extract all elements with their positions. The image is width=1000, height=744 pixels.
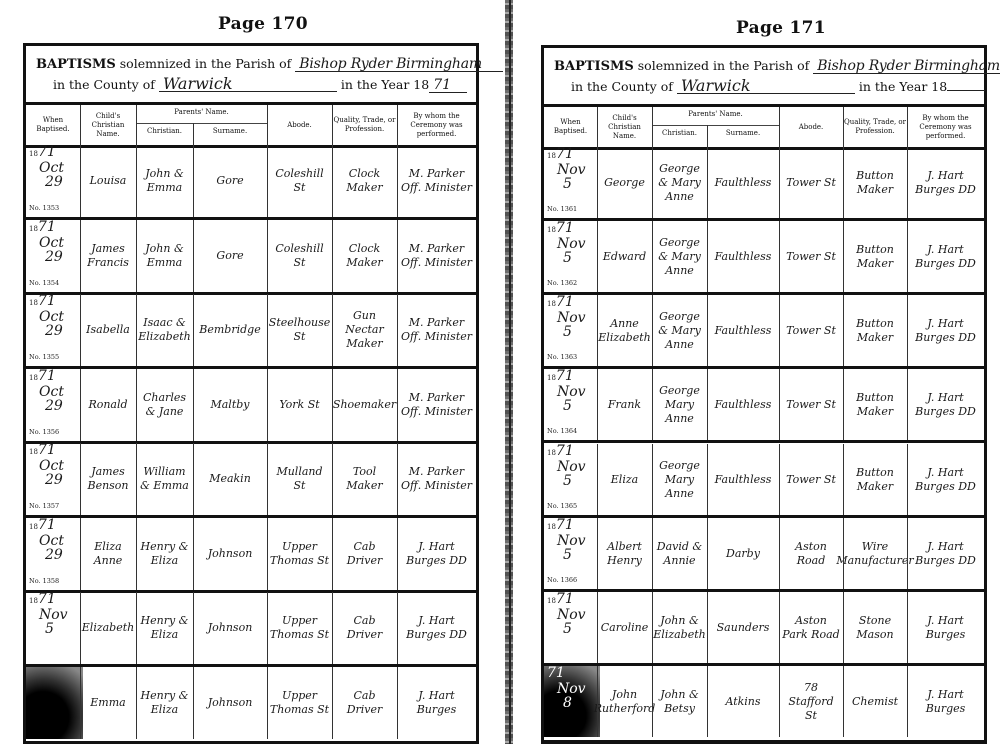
column-rule — [397, 220, 398, 292]
column-rule — [597, 592, 598, 663]
year-handwritten: 71 — [38, 219, 56, 235]
baptism-month: Nov — [557, 311, 586, 325]
column-rule — [193, 294, 194, 366]
cell-child-name: Eliza — [597, 444, 652, 515]
baptism-month: Oct — [39, 459, 64, 473]
column-rule — [843, 666, 844, 737]
cell-child-name: Edward — [597, 221, 652, 292]
entry-number: No. 1354 — [29, 276, 59, 290]
register-rows: 1871Nov5No. 1361GeorgeGeorge & Mary Anne… — [544, 147, 984, 740]
column-rule — [652, 444, 653, 515]
column-headers: When Baptised.Child's Christian Name.Abo… — [26, 102, 476, 148]
cell-profession: Wire Manufacturer — [843, 518, 907, 589]
cell-parents-christian: William & Emma — [136, 443, 193, 515]
baptism-month: Oct — [39, 534, 64, 548]
column-rule — [397, 443, 398, 515]
baptism-year: 1871 — [29, 145, 56, 161]
col-abode: Abode. — [267, 105, 332, 145]
cell-parents-christian: George & Mary Anne — [652, 221, 707, 292]
year-label: in the Year 18 — [859, 79, 947, 94]
cell-abode: Tower St — [779, 295, 843, 366]
column-rule — [652, 666, 653, 737]
col-child-name: Child's Christian Name. — [597, 107, 652, 147]
cell-child-name: Elizabeth — [80, 592, 136, 664]
baptism-day: 5 — [563, 251, 572, 265]
column-rule — [332, 220, 333, 292]
column-rule — [332, 145, 333, 217]
cell-profession: Tool Maker — [332, 443, 397, 515]
cell-parents-surname: Faulthless — [707, 221, 779, 292]
cell-parents-christian: George Mary Anne — [652, 369, 707, 440]
cell-profession: Button Maker — [843, 444, 907, 515]
baptism-year: 1871 — [29, 592, 56, 608]
year-handwritten: 71 — [556, 443, 574, 459]
column-rule — [193, 145, 194, 217]
column-rule — [267, 145, 268, 217]
col-parents-christian: Christian. — [652, 129, 707, 137]
col-parents-surname: Surname. — [193, 127, 267, 135]
cell-parents-surname: Darby — [707, 518, 779, 589]
cell-parents-christian: John & Emma — [136, 145, 193, 217]
column-rule — [332, 592, 333, 664]
cell-when-baptised: 1871Oct29No. 1354 — [26, 220, 83, 292]
heading-solemnized: solemnized in the Parish of — [634, 58, 810, 73]
column-rule — [652, 518, 653, 589]
cell-officiant: J. Hart Burges DD — [907, 221, 984, 292]
year-handwritten: 71 — [556, 220, 574, 236]
year-prefix: 18 — [547, 597, 556, 605]
column-rule — [779, 518, 780, 589]
cell-profession: Cab Driver — [332, 667, 397, 739]
register-page-right: Page 171 BAPTISMS solemnized in the Pari… — [515, 0, 1000, 744]
column-rule — [193, 123, 194, 145]
cell-profession: Cab Driver — [332, 518, 397, 590]
cell-parents-christian: John & Elizabeth — [652, 592, 707, 663]
cell-profession: Clock Maker — [332, 220, 397, 292]
column-rule — [707, 221, 708, 292]
cell-profession: Stone Mason — [843, 592, 907, 663]
entry-number: No. 1366 — [547, 573, 577, 587]
column-rule — [136, 443, 137, 515]
cell-child-name: Louisa — [80, 145, 136, 217]
entry-number: No. 1362 — [547, 276, 577, 290]
cell-officiant: J. Hart Burges DD — [907, 518, 984, 589]
baptism-year: 1871 — [547, 221, 574, 237]
column-rule — [80, 294, 81, 366]
column-rule — [267, 369, 268, 441]
register-entry: 1871Nov5No. 1361GeorgeGeorge & Mary Anne… — [544, 147, 984, 221]
register-entry: 1871Nov5No. 1365ElizaGeorge Mary AnneFau… — [544, 444, 984, 518]
baptism-day: 29 — [45, 250, 63, 264]
column-rule — [136, 220, 137, 292]
cell-when-baptised: 1871Nov5No. 1366 — [544, 518, 600, 589]
cell-child-name: Ronald — [80, 369, 136, 441]
baptism-year: 1871 — [547, 518, 574, 534]
baptism-month: Oct — [39, 310, 64, 324]
column-rule — [80, 145, 81, 217]
register-entry: 1871Nov5ElizabethHenry & ElizaJohnsonUpp… — [26, 592, 476, 667]
cell-parents-surname: Johnson — [193, 518, 267, 590]
column-rule — [779, 147, 780, 218]
column-rule — [332, 105, 333, 145]
cell-parents-christian: George Mary Anne — [652, 444, 707, 515]
cell-child-name: Isabella — [80, 294, 136, 366]
baptism-month: Nov — [557, 237, 586, 251]
cell-when-baptised: 1871Nov5 — [544, 592, 600, 663]
cell-parents-surname: Gore — [193, 220, 267, 292]
cell-profession: Cab Driver — [332, 592, 397, 664]
column-rule — [397, 145, 398, 217]
cell-officiant: M. Parker Off. Minister — [397, 294, 476, 366]
cell-when-baptised: 1871Nov5No. 1362 — [544, 221, 600, 292]
baptism-year: 1871 — [29, 443, 56, 459]
column-rule — [843, 592, 844, 663]
col-when-baptised: When Baptised. — [26, 105, 80, 145]
baptism-year: 1871 — [547, 369, 574, 385]
cell-officiant: M. Parker Off. Minister — [397, 145, 476, 217]
year-value: 71 — [429, 78, 467, 93]
year-handwritten: 71 — [38, 293, 56, 309]
column-rule — [843, 444, 844, 515]
baptism-year: 1871 — [547, 592, 574, 608]
year-handwritten: 71 — [556, 517, 574, 533]
column-rule — [80, 592, 81, 664]
column-rule — [707, 295, 708, 366]
column-rule — [707, 125, 708, 147]
column-rule — [597, 666, 598, 737]
column-rule — [779, 666, 780, 737]
year-handwritten: 71 — [556, 368, 574, 384]
cell-abode: Upper Thomas St — [267, 667, 332, 739]
column-rule — [707, 592, 708, 663]
cell-abode: Tower St — [779, 147, 843, 218]
county-label: in the County of — [571, 79, 673, 94]
cell-abode: Coleshill St — [267, 145, 332, 217]
baptism-month: Oct — [39, 161, 64, 175]
register-entry: 1871Oct29No. 1354James FrancisJohn & Emm… — [26, 220, 476, 295]
cell-parents-christian: John & Emma — [136, 220, 193, 292]
column-rule — [397, 518, 398, 590]
year-prefix: 18 — [29, 225, 38, 233]
column-rule — [332, 443, 333, 515]
entry-number: No. 1357 — [29, 499, 59, 513]
baptism-year: 1871 — [547, 147, 574, 163]
cell-child-name: Emma — [80, 667, 136, 739]
col-by-whom: By whom the Ceremony was performed. — [397, 105, 476, 145]
register-table: BAPTISMS solemnized in the Parish of Bis… — [23, 43, 479, 744]
cell-parents-christian: Henry & Eliza — [136, 592, 193, 664]
cell-officiant: J. Hart Burges — [397, 667, 476, 739]
year-prefix: 18 — [29, 523, 38, 531]
baptism-month: Nov — [557, 608, 586, 622]
year-prefix: 18 — [29, 150, 38, 158]
column-rule — [652, 295, 653, 366]
column-rule — [707, 666, 708, 737]
cell-abode: Upper Thomas St — [267, 518, 332, 590]
column-rule — [267, 667, 268, 739]
column-rule — [193, 369, 194, 441]
column-rule — [80, 443, 81, 515]
cell-parents-christian: Henry & Eliza — [136, 667, 193, 739]
cell-profession: Button Maker — [843, 295, 907, 366]
register-rows: 1871Oct29No. 1353LouisaJohn & EmmaGoreCo… — [26, 145, 476, 741]
cell-abode: York St — [267, 369, 332, 441]
column-rule — [907, 221, 908, 292]
cell-officiant: J. Hart Burges DD — [907, 147, 984, 218]
register-entry: 1871Oct29No. 1353LouisaJohn & EmmaGoreCo… — [26, 145, 476, 220]
parish-name: Bishop Ryder Birmingham — [813, 59, 1000, 74]
column-rule — [843, 107, 844, 147]
baptism-day: 5 — [563, 474, 572, 488]
column-rule — [652, 147, 653, 218]
column-rule — [80, 369, 81, 441]
page-title: Page 170 — [218, 14, 308, 34]
column-rule — [136, 145, 137, 217]
baptism-day: 29 — [45, 548, 63, 562]
baptism-year: 1871 — [29, 220, 56, 236]
cell-profession: Button Maker — [843, 147, 907, 218]
cell-when-baptised: 71Nov8 — [544, 666, 600, 737]
cell-officiant: M. Parker Off. Minister — [397, 443, 476, 515]
col-parents-name: Parents' Name. — [136, 108, 267, 116]
year-handwritten: 71 — [556, 591, 574, 607]
column-rule — [907, 107, 908, 147]
year-handwritten: 71 — [38, 144, 56, 160]
cell-parents-surname: Johnson — [193, 592, 267, 664]
baptism-year: 71 — [547, 666, 565, 682]
register-entry: 1871Nov5No. 1362EdwardGeorge & Mary Anne… — [544, 221, 984, 295]
column-rule — [136, 105, 137, 145]
column-rule — [907, 666, 908, 737]
column-rule — [267, 518, 268, 590]
column-rule — [907, 444, 908, 515]
column-rule — [907, 147, 908, 218]
county-name: Warwick — [677, 79, 855, 94]
entry-number: No. 1356 — [29, 425, 59, 439]
column-rule — [332, 294, 333, 366]
cell-when-baptised: 1871Nov5 — [26, 592, 83, 664]
year-prefix: 18 — [29, 374, 38, 382]
entry-number: No. 1355 — [29, 350, 59, 364]
register-entry: 1871Oct29No. 1358Eliza AnneHenry & Eliza… — [26, 518, 476, 593]
year-prefix: 18 — [547, 152, 556, 160]
column-rule — [597, 518, 598, 589]
baptism-month: Nov — [557, 682, 586, 696]
column-rule — [707, 518, 708, 589]
column-rule — [652, 592, 653, 663]
cell-abode: 78 Stafford St — [779, 666, 843, 737]
year-value — [947, 90, 985, 91]
register-entry: 1871Oct29No. 1356RonaldCharles & JaneMal… — [26, 369, 476, 444]
cell-parents-surname: Johnson — [193, 667, 267, 739]
column-rule — [193, 443, 194, 515]
column-rule — [193, 667, 194, 739]
cell-officiant: J. Hart Burges DD — [397, 518, 476, 590]
register-heading: BAPTISMS solemnized in the Parish of Bis… — [544, 48, 984, 103]
register-entry: 1871Oct29No. 1357James BensonWilliam & E… — [26, 443, 476, 518]
column-rule — [597, 221, 598, 292]
cell-when-baptised: 1871Oct29No. 1356 — [26, 369, 83, 441]
cell-abode: Tower St — [779, 221, 843, 292]
column-rule — [267, 592, 268, 664]
register-heading: BAPTISMS solemnized in the Parish of Bis… — [26, 46, 476, 101]
column-rule — [80, 667, 81, 739]
cell-parents-christian: George & Mary Anne — [652, 147, 707, 218]
cell-officiant: J. Hart Burges DD — [907, 295, 984, 366]
column-rule — [779, 295, 780, 366]
cell-profession: Chemist — [843, 666, 907, 737]
cell-officiant: J. Hart Burges DD — [397, 592, 476, 664]
baptism-month: Nov — [557, 534, 586, 548]
cell-abode: Aston Park Road — [779, 592, 843, 663]
column-rule — [779, 221, 780, 292]
cell-officiant: M. Parker Off. Minister — [397, 220, 476, 292]
parish-name: Bishop Ryder Birmingham — [295, 57, 503, 72]
cell-when-baptised: 1871Oct29No. 1353 — [26, 145, 83, 217]
year-handwritten: 71 — [547, 665, 565, 681]
cell-parents-surname: Faulthless — [707, 444, 779, 515]
cell-abode: Coleshill St — [267, 220, 332, 292]
cell-parents-surname: Meakin — [193, 443, 267, 515]
cell-profession: Clock Maker — [332, 145, 397, 217]
heading-baptisms: BAPTISMS — [554, 59, 634, 74]
page-title: Page 171 — [736, 18, 826, 38]
cell-when-baptised: 1871Oct29No. 1357 — [26, 443, 83, 515]
column-rule — [779, 107, 780, 147]
column-rule — [332, 518, 333, 590]
year-prefix: 18 — [547, 226, 556, 234]
parents-divider — [652, 125, 779, 126]
column-rule — [136, 369, 137, 441]
column-rule — [397, 667, 398, 739]
baptism-year: 1871 — [547, 295, 574, 311]
column-rule — [397, 369, 398, 441]
col-by-whom: By whom the Ceremony was performed. — [907, 107, 984, 147]
column-rule — [397, 592, 398, 664]
year-prefix: 18 — [29, 448, 38, 456]
cell-profession: Gun Nectar Maker — [332, 294, 397, 366]
register-page-left: Page 170 BAPTISMS solemnized in the Pari… — [0, 0, 500, 744]
cell-parents-surname: Saunders — [707, 592, 779, 663]
column-rule — [80, 220, 81, 292]
cell-parents-surname: Gore — [193, 145, 267, 217]
column-rule — [907, 518, 908, 589]
col-parents-name: Parents' Name. — [652, 110, 779, 118]
baptism-year: 1871 — [29, 369, 56, 385]
baptism-month: Nov — [39, 608, 68, 622]
cell-child-name: Albert Henry — [597, 518, 652, 589]
column-rule — [267, 105, 268, 145]
baptism-day: 29 — [45, 175, 63, 189]
year-handwritten: 71 — [556, 294, 574, 310]
baptism-day: 5 — [563, 325, 572, 339]
col-quality: Quality, Trade, or Profession. — [843, 107, 907, 147]
cell-child-name: Caroline — [597, 592, 652, 663]
column-rule — [136, 294, 137, 366]
column-rule — [397, 294, 398, 366]
cell-officiant: M. Parker Off. Minister — [397, 369, 476, 441]
column-rule — [652, 369, 653, 440]
year-handwritten: 71 — [556, 146, 574, 162]
col-abode: Abode. — [779, 107, 843, 147]
column-rule — [193, 592, 194, 664]
register-entry: 1871Nov5No. 1363Anne ElizabethGeorge & M… — [544, 295, 984, 369]
column-rule — [779, 444, 780, 515]
cell-child-name: Eliza Anne — [80, 518, 136, 590]
cell-when-baptised: 1871Nov5No. 1364 — [544, 369, 600, 440]
column-rule — [597, 369, 598, 440]
baptism-day: 8 — [563, 696, 572, 710]
baptism-year: 1871 — [547, 444, 574, 460]
cell-when-baptised — [26, 667, 83, 739]
year-handwritten: 71 — [38, 591, 56, 607]
register-entry: 71Nov8John RutherfordJohn & BetsyAtkins7… — [544, 666, 984, 737]
year-handwritten: 71 — [38, 368, 56, 384]
column-rule — [707, 147, 708, 218]
register-entry: 1871Oct29No. 1355IsabellaIsaac & Elizabe… — [26, 294, 476, 369]
cell-officiant: J. Hart Burges DD — [907, 444, 984, 515]
register-entry: 1871Nov5No. 1364FrankGeorge Mary AnneFau… — [544, 369, 984, 443]
column-rule — [907, 295, 908, 366]
cell-parents-surname: Bembridge — [193, 294, 267, 366]
col-when-baptised: When Baptised. — [544, 107, 597, 147]
baptism-month: Nov — [557, 460, 586, 474]
column-rule — [907, 369, 908, 440]
baptism-month: Nov — [557, 163, 586, 177]
column-rule — [80, 105, 81, 145]
year-prefix: 18 — [29, 299, 38, 307]
parents-divider — [136, 123, 267, 124]
cell-when-baptised: 1871Oct29No. 1358 — [26, 518, 83, 590]
baptism-year: 1871 — [29, 518, 56, 534]
year-prefix: 18 — [29, 597, 38, 605]
baptism-day: 29 — [45, 324, 63, 338]
cell-profession: Button Maker — [843, 369, 907, 440]
column-rule — [597, 444, 598, 515]
county-name: Warwick — [159, 77, 337, 92]
county-label: in the County of — [53, 77, 155, 92]
cell-parents-christian: David & Annie — [652, 518, 707, 589]
baptism-day: 5 — [563, 548, 572, 562]
cell-parents-christian: Isaac & Elizabeth — [136, 294, 193, 366]
register-entry: EmmaHenry & ElizaJohnsonUpper Thomas StC… — [26, 667, 476, 739]
year-prefix: 18 — [547, 449, 556, 457]
cell-profession: Button Maker — [843, 221, 907, 292]
baptism-month: Nov — [557, 385, 586, 399]
entry-number: No. 1361 — [547, 202, 577, 216]
column-rule — [907, 592, 908, 663]
cell-officiant: J. Hart Burges DD — [907, 369, 984, 440]
year-handwritten: 71 — [38, 442, 56, 458]
column-rule — [843, 221, 844, 292]
cell-child-name: James Benson — [80, 443, 136, 515]
column-rule — [843, 369, 844, 440]
column-rule — [597, 107, 598, 147]
cell-when-baptised: 1871Nov5No. 1361 — [544, 147, 600, 218]
cell-abode: Steelhouse St — [267, 294, 332, 366]
year-prefix: 18 — [547, 523, 556, 531]
baptism-month: Oct — [39, 385, 64, 399]
year-label: in the Year 18 — [341, 77, 429, 92]
cell-parents-christian: John & Betsy — [652, 666, 707, 737]
column-rule — [597, 147, 598, 218]
cell-parents-christian: George & Mary Anne — [652, 295, 707, 366]
cell-when-baptised: 1871Nov5No. 1363 — [544, 295, 600, 366]
cell-abode: Aston Road — [779, 518, 843, 589]
year-handwritten: 71 — [38, 517, 56, 533]
column-rule — [267, 220, 268, 292]
baptism-month: Oct — [39, 236, 64, 250]
